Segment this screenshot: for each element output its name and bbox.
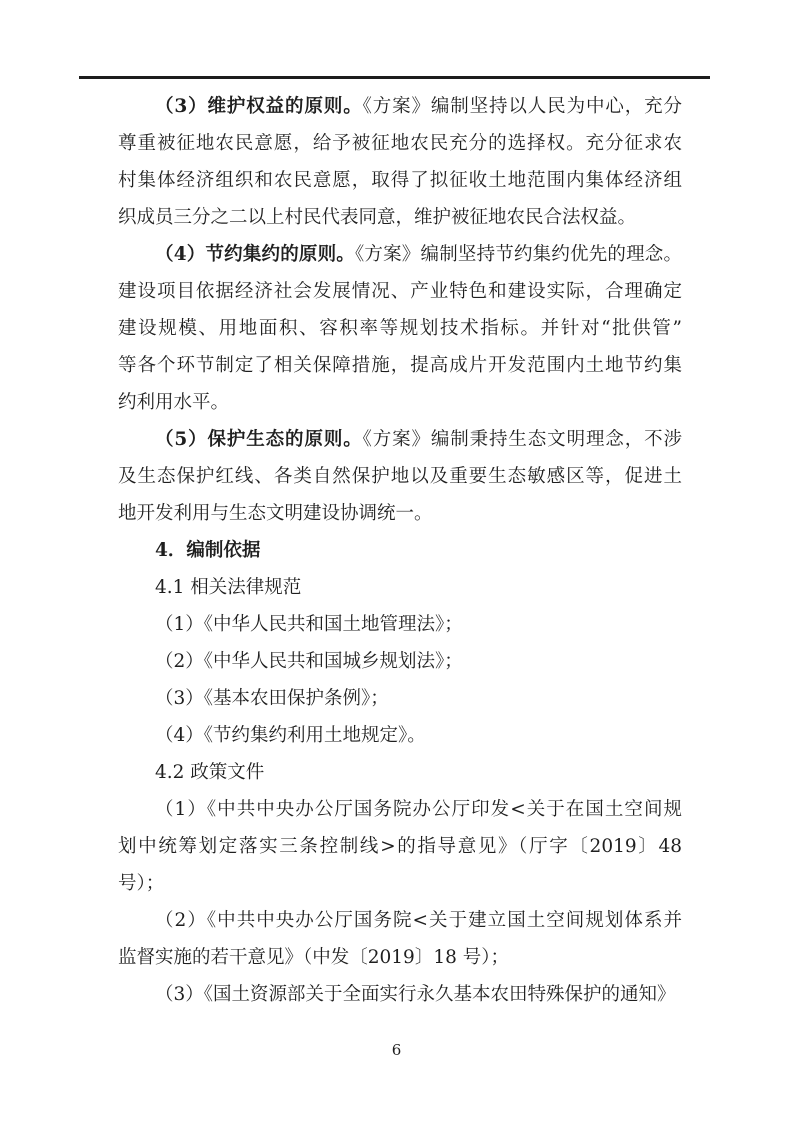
document-body: （3）维护权益的原则。《方案》编制坚持以人民为中心，充分 尊重被征地农民意愿，给… [118,88,682,1013]
section-4-2-heading: 4.2 政策文件 [118,754,682,791]
policy-item-1-line-3: 号）； [118,865,682,902]
section-4-1-heading: 4.1 相关法律规范 [118,569,682,606]
principle-3-line-2: 尊重被征地农民意愿，给予被征地农民充分的选择权。充分征求农 [118,125,682,162]
policy-item-2-line-2: 监督实施的若干意见》（中发〔2019〕18 号）； [118,939,682,976]
principle-4-line-1-rest: 《方案》编制坚持节约集约优先的理念。 [355,244,682,265]
principle-4-line-4: 等各个环节制定了相关保障措施，提高成片开发范围内土地节约集 [118,347,682,384]
principle-5-lead: （5）保护生态的原则。 [155,429,363,450]
principle-5-line-1: （5）保护生态的原则。《方案》编制秉持生态文明理念，不涉 [118,421,682,458]
document-page: （3）维护权益的原则。《方案》编制坚持以人民为中心，充分 尊重被征地农民意愿，给… [0,0,793,1122]
policy-item-1-line-2: 划中统筹划定落实三条控制线>的指导意见》（厅字〔2019〕48 [118,828,682,865]
principle-3-line-1: （3）维护权益的原则。《方案》编制坚持以人民为中心，充分 [118,88,682,125]
policy-item-1-line-1: （1）《中共中央办公厅国务院办公厅印发<关于在国土空间规 [118,791,682,828]
law-item-4: （4）《节约集约利用土地规定》。 [118,717,682,754]
principle-3-lead: （3）维护权益的原则。 [155,96,363,117]
principle-4-line-3: 建设规模、用地面积、容积率等规划技术指标。并针对“批供管” [118,310,682,347]
principle-4-line-2: 建设项目依据经济社会发展情况、产业特色和建设实际，合理确定 [118,273,682,310]
page-number: 6 [0,1041,793,1059]
law-item-1: （1）《中华人民共和国土地管理法》； [118,606,682,643]
principle-5-line-2: 及生态保护红线、各类自然保护地以及重要生态敏感区等，促进土 [118,458,682,495]
principle-5-line-1-rest: 《方案》编制秉持生态文明理念，不涉 [363,429,682,450]
principle-3-line-1-rest: 《方案》编制坚持以人民为中心，充分 [363,96,682,117]
principle-3-line-4: 织成员三分之二以上村民代表同意，维护被征地农民合法权益。 [118,199,682,236]
law-item-2: （2）《中华人民共和国城乡规划法》； [118,643,682,680]
law-item-3: （3）《基本农田保护条例》； [118,680,682,717]
principle-4-line-5: 约利用水平。 [118,384,682,421]
principle-4-lead: （4）节约集约的原则。 [155,244,355,265]
principle-5-line-3: 地开发利用与生态文明建设协调统一。 [118,495,682,532]
section-4-heading-text: 4．编制依据 [155,540,260,561]
section-4-heading: 4．编制依据 [118,532,682,569]
policy-item-3-line-1: （3）《国土资源部关于全面实行永久基本农田特殊保护的通知》 [118,976,682,1013]
policy-item-2-line-1: （2）《中共中央办公厅国务院<关于建立国土空间规划体系并 [118,902,682,939]
principle-4-line-1: （4）节约集约的原则。《方案》编制坚持节约集约优先的理念。 [118,236,682,273]
principle-3-line-3: 村集体经济组织和农民意愿，取得了拟征收土地范围内集体经济组 [118,162,682,199]
header-rule [79,76,710,79]
